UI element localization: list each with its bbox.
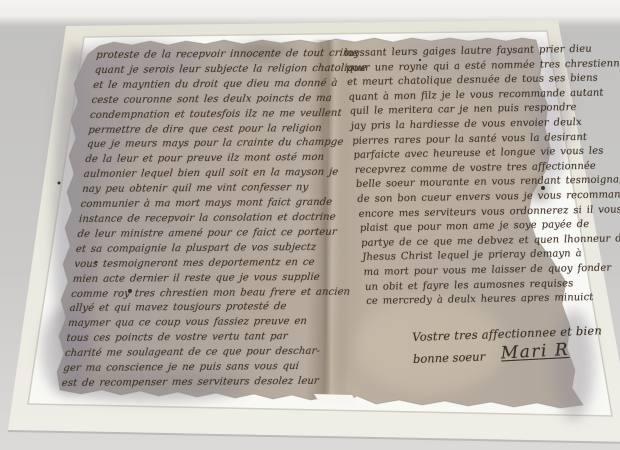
handwriting-line: ceste couronne sont les deulx poincts de… xyxy=(91,92,335,109)
handwriting-line: condempnation et toutesfois ilz ne me ve… xyxy=(89,107,333,124)
signature-mari-r: Mari R xyxy=(500,340,569,364)
handwriting-line: et le mayntien du droit que dieu ma donn… xyxy=(92,77,336,94)
handwriting-line: mien acte dernier il reste que je vous s… xyxy=(72,270,316,287)
paper-tear xyxy=(314,394,359,406)
handwriting-line: vous tesmoigneront mes deportementz en c… xyxy=(73,256,317,273)
letter-page-left: proteste de la recepvoir innocente de to… xyxy=(61,47,339,392)
closing-line-2: bonne soeur xyxy=(413,349,486,366)
photo-of-manuscript-letter: proteste de la recepvoir innocente de to… xyxy=(0,0,620,450)
letter-closing: Vostre tres affectionnee et bien bonne s… xyxy=(412,323,603,366)
letter-page-right: layssant leurs gaiges lautre faysant pri… xyxy=(344,43,605,310)
handwriting-line: est de recompenser mes serviteurs desole… xyxy=(61,375,305,392)
handwriting-line: et sa compaignie la pluspart de vos subj… xyxy=(75,241,319,258)
